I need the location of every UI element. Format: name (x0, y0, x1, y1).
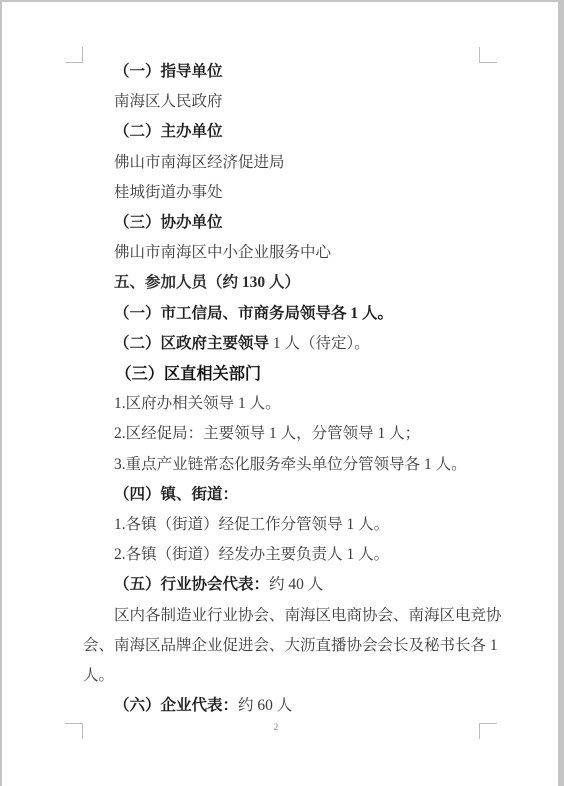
body-text: 约 40 人 (269, 576, 323, 593)
body-text: 佛山市南海区中小企业服务中心 (114, 244, 331, 261)
heading-enterprise-representatives: （六）企业代表：约 60 人 (83, 691, 497, 721)
paragraph-district-gov-leader: （二）区政府主要领导 1 人（待定）。 (83, 329, 497, 359)
list-item: 2.区经促局：主要领导 1 人，分管领导 1 人； (83, 419, 497, 449)
heading-co-organizer: （三）协办单位 (83, 208, 497, 238)
text-boundary-mark-top-left (65, 47, 83, 63)
heading-text: （一）市工信局、市商务局领导各 1 人。 (114, 305, 393, 322)
bold-text: （六）企业代表： (114, 697, 238, 714)
page-edge-left (0, 0, 2, 786)
text-boundary-mark-bottom-left (65, 723, 83, 739)
bold-text: （五）行业协会代表： (114, 576, 269, 593)
page-number: 2 (266, 721, 286, 733)
heading-towns-streets: （四）镇、街道： (83, 480, 497, 510)
heading-association-representatives: （五）行业协会代表：约 40 人 (83, 570, 497, 600)
heading-text: （三）协办单位 (114, 214, 223, 231)
paragraph-association-detail-line3: 人。 (83, 661, 497, 691)
paragraph-co-organizer-name: 佛山市南海区中小企业服务中心 (83, 238, 497, 268)
heading-text: （四）镇、街道： (114, 486, 238, 503)
list-item: 1.区府办相关领导 1 人。 (83, 389, 497, 419)
page-edge-right (558, 0, 564, 786)
paragraph-host-unit-1: 佛山市南海区经济促进局 (83, 148, 497, 178)
list-item: 2.各镇（街道）经发办主要负责人 1 人。 (83, 540, 497, 570)
body-text: 1.各镇（街道）经促工作分管领导 1 人。 (114, 516, 389, 533)
body-text: 2.各镇（街道）经发办主要负责人 1 人。 (114, 546, 389, 563)
paragraph-host-unit-2: 桂城街道办事处 (83, 178, 497, 208)
body-text: 桂城街道办事处 (114, 184, 223, 201)
text-boundary-mark-bottom-right (479, 723, 497, 739)
list-item: 3.重点产业链常态化服务牵头单位分管领导各 1 人。 (83, 450, 497, 480)
document-page: （一）指导单位 南海区人民政府 （二）主办单位 佛山市南海区经济促进局 桂城街道… (0, 0, 564, 786)
document-body: （一）指导单位 南海区人民政府 （二）主办单位 佛山市南海区经济促进局 桂城街道… (83, 57, 497, 721)
heading-text: （一）指导单位 (114, 63, 223, 80)
heading-text: 五、参加人员（约 130 人） (114, 274, 300, 291)
body-text: 区内各制造业行业协会、南海区电商协会、南海区电竞协 (114, 607, 502, 624)
body-text: 佛山市南海区经济促进局 (114, 154, 285, 171)
heading-participants: 五、参加人员（约 130 人） (83, 268, 497, 298)
body-text: 人。 (83, 667, 114, 684)
body-text: 南海区人民政府 (114, 93, 223, 110)
heading-guiding-unit: （一）指导单位 (83, 57, 497, 87)
paragraph-city-bureau-leaders: （一）市工信局、市商务局领导各 1 人。 (83, 299, 497, 329)
bold-text: （二）区政府主要领导 (114, 335, 269, 352)
body-text: 1.区府办相关领导 1 人。 (114, 395, 281, 412)
body-text: 会、南海区品牌企业促进会、大沥直播协会会长及秘书长各 1 (83, 637, 498, 654)
paragraph-association-detail-line2: 会、南海区品牌企业促进会、大沥直播协会会长及秘书长各 1 (83, 631, 497, 661)
body-text: 1 人（待定）。 (269, 335, 370, 352)
paragraph-guiding-unit-name: 南海区人民政府 (83, 87, 497, 117)
body-text: 2.区经促局：主要领导 1 人，分管领导 1 人； (114, 425, 420, 442)
heading-text: （三）区直相关部门 (115, 365, 261, 383)
heading-text: （二）主办单位 (114, 123, 223, 140)
body-text: 约 60 人 (238, 697, 292, 714)
heading-district-departments: （三）区直相关部门 (83, 359, 497, 389)
body-text: 3.重点产业链常态化服务牵头单位分管领导各 1 人。 (114, 456, 467, 473)
page-edge-top (0, 0, 564, 2)
paragraph-association-detail-line1: 区内各制造业行业协会、南海区电商协会、南海区电竞协 (83, 601, 497, 631)
list-item: 1.各镇（街道）经促工作分管领导 1 人。 (83, 510, 497, 540)
heading-host-unit: （二）主办单位 (83, 117, 497, 147)
